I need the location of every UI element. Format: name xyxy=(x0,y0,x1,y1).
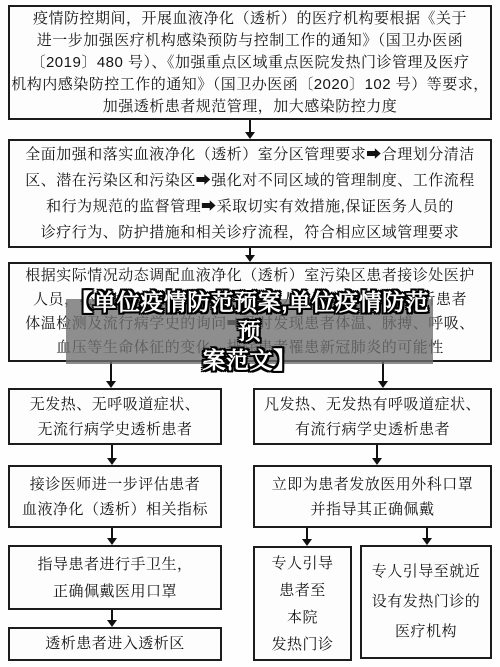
hand-hygiene-text: 指导患者进行手卫生， 正确佩戴医用口罩 xyxy=(10,551,220,605)
flow-arrow-down xyxy=(422,528,432,545)
nearby-fever-clinic-box: 专人引导至就近 设有发热门诊的 医疗机构 xyxy=(360,545,492,659)
zone-management-text: 全面加强和落实血液净化（透析）室分区管理要求➡合理划分清洁 区、潜在污染区和污染… xyxy=(10,142,490,246)
flow-arrow-down xyxy=(107,528,117,545)
zone-management-box: 全面加强和落实血液净化（透析）室分区管理要求➡合理划分清洁 区、潜在污染区和污染… xyxy=(8,139,492,248)
flow-arrow-down xyxy=(372,445,382,465)
issue-mask-box: 立即为患者发放医用外科口罩 并指导其正确佩戴 xyxy=(253,465,492,528)
flow-arrow-down xyxy=(245,120,255,139)
fever-patient-box: 凡发热、无发热有呼吸道症状、 有流行病学史透析患者 xyxy=(253,388,492,445)
own-fever-clinic-box: 专人引导 患者至 本院 发热门诊 xyxy=(253,546,352,661)
enter-dialysis-area-box: 透析患者进入透析区 xyxy=(8,627,222,661)
no-fever-patient-box: 无发热、无呼吸道症状、 无流行病学史透析患者 xyxy=(8,388,222,445)
intro-policy-text: 疫情防控期间，开展血液净化（透析）的医疗机构要根据《关于 进一步加强医疗机构感染… xyxy=(10,8,490,118)
watermark-overlay: 【单位疫情防范预案,单位疫情防范预 案范文】 xyxy=(66,299,433,364)
flow-arrow-down xyxy=(107,610,117,627)
assess-indicators-text: 接诊医师进一步评估患者 血液净化（透析）相关指标 xyxy=(10,472,220,522)
flowchart-page: 疫情防控期间，开展血液净化（透析）的医疗机构要根据《关于 进一步加强医疗机构感染… xyxy=(0,0,500,667)
fever-patient-text: 凡发热、无发热有呼吸道症状、 有流行病学史透析患者 xyxy=(255,392,490,442)
own-fever-clinic-text: 专人引导 患者至 本院 发热门诊 xyxy=(255,550,350,658)
intro-policy-box: 疫情防控期间，开展血液净化（透析）的医疗机构要根据《关于 进一步加强医疗机构感染… xyxy=(8,5,492,120)
flow-arrow-down xyxy=(107,445,117,465)
nearby-fever-clinic-text: 专人引导至就近 设有发热门诊的 医疗机构 xyxy=(362,557,490,647)
assess-indicators-box: 接诊医师进一步评估患者 血液净化（透析）相关指标 xyxy=(8,465,222,528)
hand-hygiene-box: 指导患者进行手卫生， 正确佩戴医用口罩 xyxy=(8,545,222,610)
flow-arrow-down xyxy=(245,248,255,262)
watermark-text: 【单位疫情防范预案,单位疫情防范预 案范文】 xyxy=(66,288,433,375)
flow-arrow-down xyxy=(302,528,312,546)
enter-dialysis-area-text: 透析患者进入透析区 xyxy=(10,635,220,653)
issue-mask-text: 立即为患者发放医用外科口罩 并指导其正确佩戴 xyxy=(255,472,490,522)
no-fever-patient-text: 无发热、无呼吸道症状、 无流行病学史透析患者 xyxy=(10,392,220,442)
